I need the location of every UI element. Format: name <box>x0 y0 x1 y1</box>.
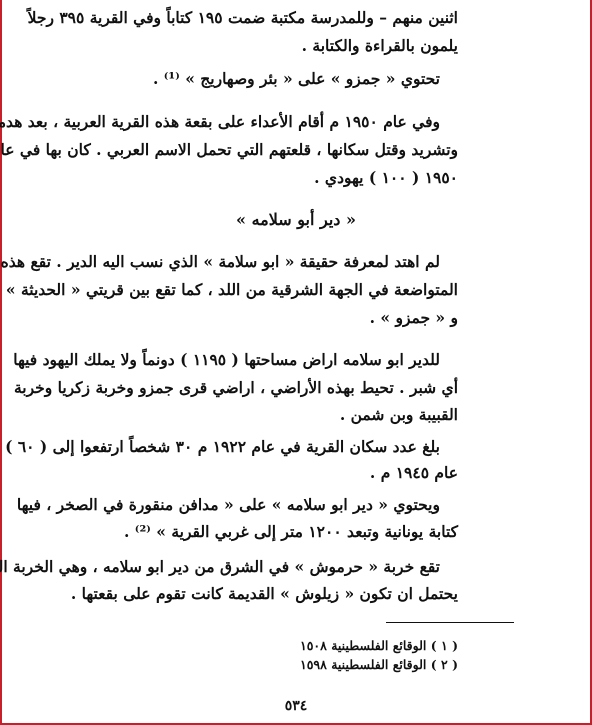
text-line: بلغ عدد سكان القرية في عام ١٩٢٢ م ٣٠ شخص… <box>80 437 440 457</box>
text-line: أي شبر . تحيط بهذه الأراضي ، اراضي قرى ج… <box>80 378 458 398</box>
document-page: اثنين منهم – وللمدرسة مكتبة ضمت ١٩٥ كتاب… <box>0 0 592 725</box>
footnote-1: ( ١ ) الوقائع الفلسطينية ١٥٠٨ <box>300 638 458 654</box>
page-number: ٥٣٤ <box>2 698 590 714</box>
text-line: كتابة يونانية وتبعد ١٢٠٠ متر إلى غربي ال… <box>80 522 458 542</box>
text-line: القبيبة وبن شمن . <box>80 405 458 425</box>
text-line: تحتوي « جمزو » على « بئر وصهاريج » ⁽¹⁾ . <box>80 69 440 89</box>
footnote-2: ( ٢ ) الوقائع الفلسطينية ١٥٩٨ <box>300 657 458 673</box>
text-line: وفي عام ١٩٥٠ م أقام الأعداء على بقعة هذه… <box>80 112 440 132</box>
text-line: و « جمزو » . <box>80 308 458 328</box>
text-line: ويحتوي « دير ابو سلامه » على « مدافن منق… <box>80 495 440 515</box>
footnote-divider <box>386 622 514 623</box>
section-title: « دير أبو سلامه » <box>2 210 590 230</box>
text-line: المتواضعة في الجهة الشرقية من اللد ، كما… <box>80 280 458 300</box>
text-line: تقع خربة « حرموش » في الشرق من دير ابو س… <box>80 557 440 577</box>
text-line: لم اهتد لمعرفة حقيقة « ابو سلامة » الذي … <box>80 252 440 272</box>
text-line: يلمون بالقراءة والكتابة . <box>80 36 458 56</box>
text-line: اثنين منهم – وللمدرسة مكتبة ضمت ١٩٥ كتاب… <box>80 8 458 28</box>
text-line: ١٩٥٠ ( ١٠٠ ) يهودي . <box>80 168 458 188</box>
text-line: للدير ابو سلامه اراض مساحتها ( ١١٩٥ ) دو… <box>80 350 440 370</box>
text-line: يحتمل ان تكون « زيلوش » القديمة كانت تقو… <box>80 584 458 604</box>
text-line: عام ١٩٤٥ م . <box>80 463 458 483</box>
text-line: وتشريد وقتل سكانها ، قلعتهم التي تحمل ال… <box>80 140 458 160</box>
